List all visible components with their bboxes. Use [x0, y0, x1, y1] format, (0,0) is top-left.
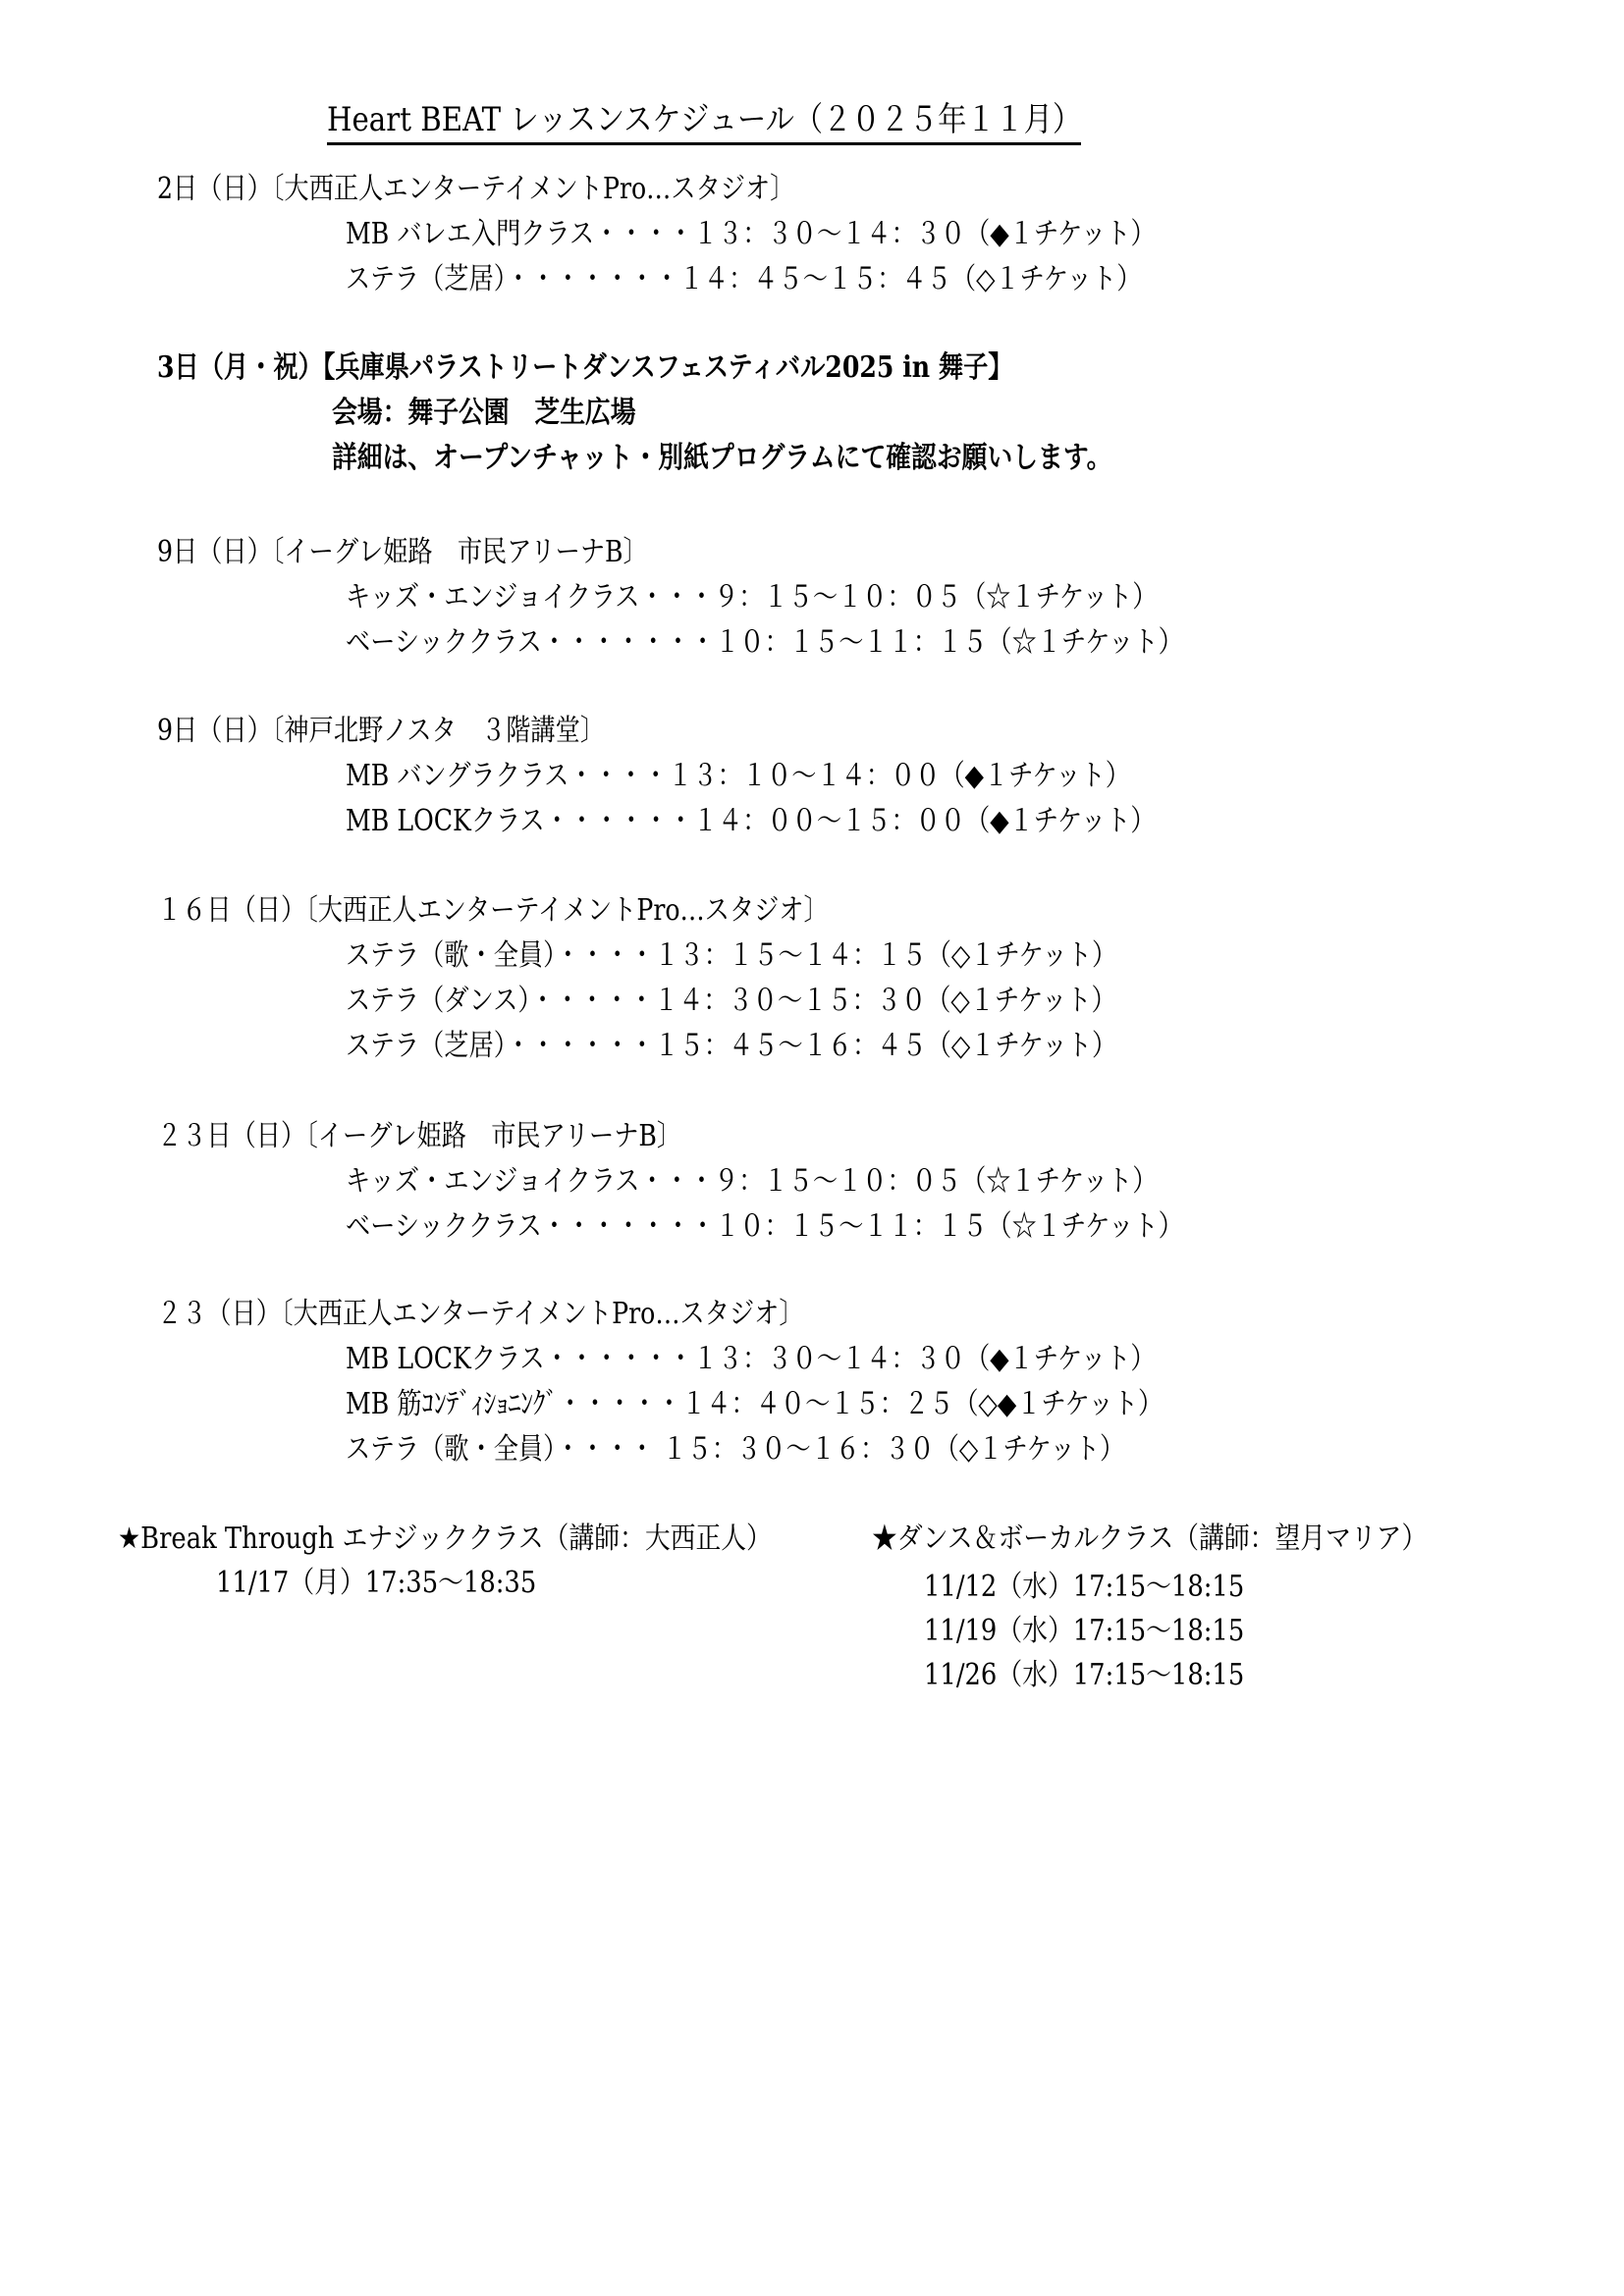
lesson-item: MB バレエ入門クラス・・・・１３：３０～１４：３０（◆１チケット） [157, 212, 1310, 257]
special-class-date: 11/17（月）17:35～18:35 [118, 1561, 878, 1605]
lesson-item: MB 筋ｺﾝﾃﾞｨｼｮﾆﾝｸﾞ・・・・・１４：４０～１５：２５（◇◆１チケット） [157, 1382, 1319, 1427]
day-heading: ２３（日）〔大西正人エンターテイメントPro…スタジオ〕 [157, 1292, 1133, 1337]
day-heading: 9日（日）〔イーグレ姫路 市民アリーナB〕 [157, 530, 1153, 575]
special-class-heading: ★ダンス＆ボーカルクラス（講師：望月マリア） [872, 1517, 1517, 1561]
event-note: 詳細は、オープンチャット・別紙プログラムにて確認お願いします。 [157, 436, 1239, 481]
lesson-item: ステラ（歌・全員）・・・・ １５：３０～１６：３０（◇１チケット） [157, 1427, 1319, 1472]
special-class-break-through: ★Break Through エナジッククラス（講師：大西正人） 11/17（月… [118, 1517, 878, 1605]
page-title: Heart BEAT レッスンスケジュール（２０２５年１１月） [327, 98, 1081, 145]
special-class-date: 11/12（水）17:15～18:15 [872, 1565, 1517, 1609]
lesson-item: ベーシッククラス・・・・・・・１０：１５～１１：１５（☆１チケット） [157, 620, 1342, 666]
lesson-item: キッズ・エンジョイクラス・・・９：１５～１０：０５（☆１チケット） [157, 575, 1342, 620]
lesson-item: MB バングラクラス・・・・１３：１０～１４：００（◆１チケット） [157, 754, 1310, 799]
lesson-item: ステラ（歌・全員）・・・・１３：１５～１４：１５（◇１チケット） [157, 934, 1264, 979]
lesson-item: ステラ（芝居）・・・・・・１５：４５～１６：４５（◇１チケット） [157, 1024, 1264, 1069]
schedule-day-2: 2日（日）〔大西正人エンターテイメントPro…スタジオ〕 MB バレエ入門クラス… [157, 167, 1310, 302]
schedule-day-23-studio: ２３（日）〔大西正人エンターテイメントPro…スタジオ〕 MB LOCKクラス・… [157, 1292, 1319, 1472]
special-class-date: 11/26（水）17:15～18:15 [872, 1653, 1517, 1697]
event-venue: 会場：舞子公園 芝生広場 [157, 391, 1239, 436]
day-heading: 9日（日）〔神戸北野ノスタ ３階講堂〕 [157, 709, 1125, 754]
day-heading: １６日（日）〔大西正人エンターテイメントPro…スタジオ〕 [157, 888, 1086, 934]
lesson-item: ステラ（ダンス）・・・・・１４：３０～１５：３０（◇１チケット） [157, 979, 1264, 1024]
lesson-item: MB LOCKクラス・・・・・・１４：００～１５：００（◆１チケット） [157, 799, 1310, 844]
day-heading: 2日（日）〔大西正人エンターテイメントPro…スタジオ〕 [157, 167, 1125, 212]
lesson-item: MB LOCKクラス・・・・・・１３：３０～１４：３０（◆１チケット） [157, 1337, 1319, 1382]
day-heading: ２３日（日）〔イーグレ姫路 市民アリーナB〕 [157, 1114, 1153, 1159]
schedule-day-9-himeji: 9日（日）〔イーグレ姫路 市民アリーナB〕 キッズ・エンジョイクラス・・・９：１… [157, 530, 1342, 666]
lesson-item: キッズ・エンジョイクラス・・・９：１５～１０：０５（☆１チケット） [157, 1159, 1342, 1204]
special-class-heading: ★Break Through エナジッククラス（講師：大西正人） [118, 1517, 878, 1561]
event-heading: 3日（月・祝）【兵庫県パラストリートダンスフェスティバル2025 in 舞子】 [157, 346, 1065, 391]
special-class-date: 11/19（水）17:15～18:15 [872, 1609, 1517, 1653]
special-class-dance-vocal: ★ダンス＆ボーカルクラス（講師：望月マリア） 11/12（水）17:15～18:… [872, 1517, 1517, 1697]
lesson-item: ベーシッククラス・・・・・・・１０：１５～１１：１５（☆１チケット） [157, 1204, 1342, 1250]
schedule-day-16: １６日（日）〔大西正人エンターテイメントPro…スタジオ〕 ステラ（歌・全員）・… [157, 888, 1264, 1069]
schedule-day-3-event: 3日（月・祝）【兵庫県パラストリートダンスフェスティバル2025 in 舞子】 … [157, 346, 1239, 481]
lesson-item: ステラ（芝居）・・・・・・・１４：４５～１５：４５（◇１チケット） [157, 257, 1310, 302]
schedule-day-9-kobe: 9日（日）〔神戸北野ノスタ ３階講堂〕 MB バングラクラス・・・・１３：１０～… [157, 709, 1310, 844]
schedule-day-23-himeji: ２３日（日）〔イーグレ姫路 市民アリーナB〕 キッズ・エンジョイクラス・・・９：… [157, 1114, 1342, 1250]
